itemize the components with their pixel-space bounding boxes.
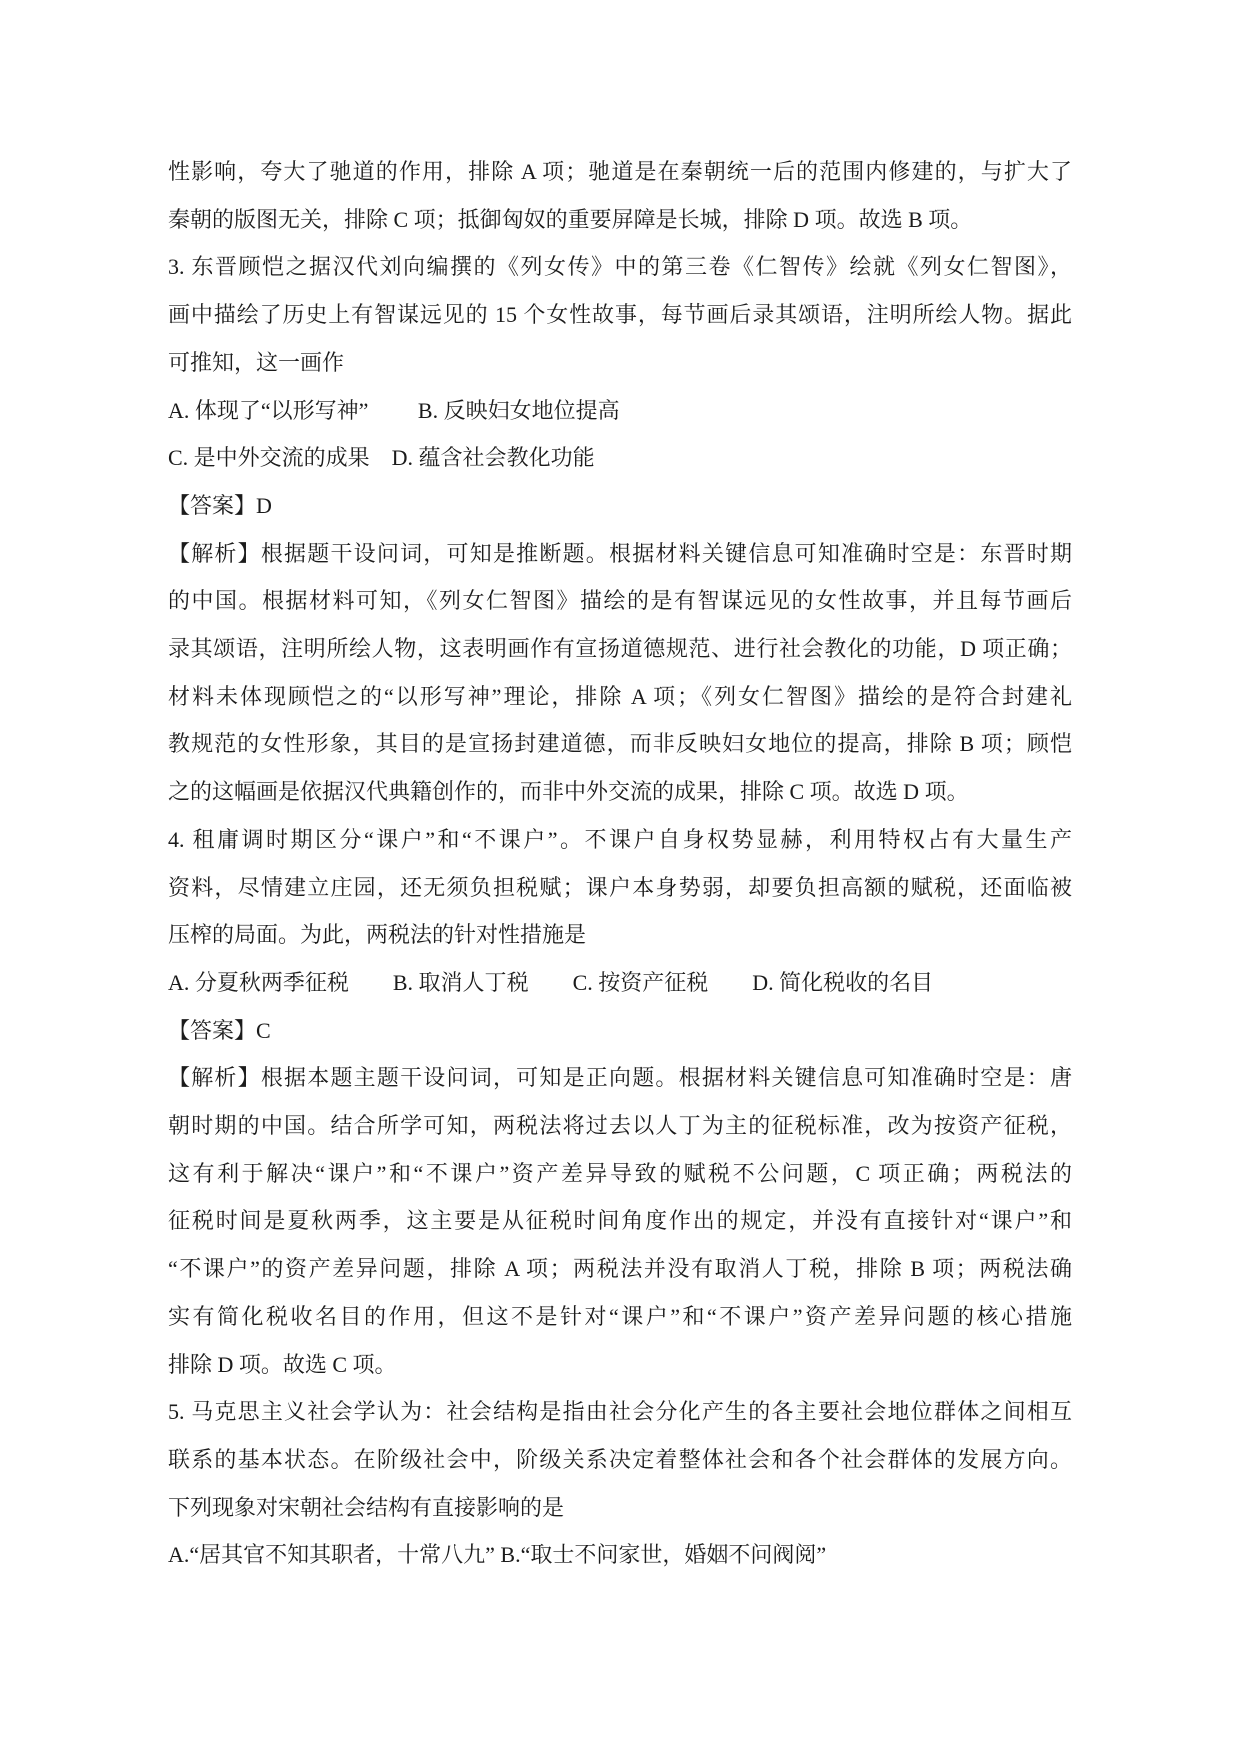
analysis-text-line: 教规范的女性形象，其目的是宣扬封建道德，而非反映妇女地位的提高，排除 B 项；顾…: [168, 720, 1072, 768]
analysis-text-line: 实有简化税收名目的作用，但这不是针对“课户”和“不课户”资产差异问题的核心措施: [168, 1293, 1072, 1341]
analysis-text-line: 朝时期的中国。结合所学可知，两税法将过去以人丁为主的征税标准，改为按资产征税，: [168, 1102, 1072, 1150]
analysis-text-line: 【解析】根据本题主题干设问词，可知是正向题。根据材料关键信息可知准确时空是：唐: [168, 1054, 1072, 1102]
analysis-text-line: 征税时间是夏秋两季，这主要是从征税时间角度作出的规定，并没有直接针对“课户”和: [168, 1197, 1072, 1245]
question-4-stem: 4. 租庸调时期区分“课户”和“不课户”。不课户自身权势显赫，利用特权占有大量生…: [168, 816, 1072, 959]
analysis-text-line: 性影响，夸大了驰道的作用，排除 A 项；驰道是在秦朝统一后的范围内修建的，与扩大…: [168, 148, 1072, 196]
analysis-text-line: 这有利于解决“课户”和“不课户”资产差异导致的赋税不公问题，C 项正确；两税法的: [168, 1150, 1072, 1198]
question-3-analysis: 【解析】根据题干设问词，可知是推断题。根据材料关键信息可知准确时空是：东晋时期的…: [168, 530, 1072, 816]
options-text-line: A.“居其官不知其职者，十常八九” B.“取士不问家世，婚姻不问阀阅”: [168, 1531, 1072, 1579]
question-text-line: 下列现象对宋朝社会结构有直接影响的是: [168, 1484, 1072, 1532]
question-text-line: 压榨的局面。为此，两税法的针对性措施是: [168, 911, 1072, 959]
analysis-text-line: 录其颂语，注明所绘人物，这表明画作有宣扬道德规范、进行社会教化的功能，D 项正确…: [168, 625, 1072, 673]
question-3-options: A. 体现了“以形写神” B. 反映妇女地位提高C. 是中外交流的成果 D. 蕴…: [168, 387, 1072, 482]
answer-text-line: 【答案】D: [168, 482, 1072, 530]
question-3-stem: 3. 东晋顾恺之据汉代刘向编撰的《列女传》中的第三卷《仁智传》绘就《列女仁智图》…: [168, 243, 1072, 386]
question-3-answer: 【答案】D: [168, 482, 1072, 530]
options-text-line: A. 体现了“以形写神” B. 反映妇女地位提高: [168, 387, 1072, 435]
question-5-stem: 5. 马克思主义社会学认为：社会结构是指由社会分化产生的各主要社会地位群体之间相…: [168, 1388, 1072, 1531]
question-text-line: 5. 马克思主义社会学认为：社会结构是指由社会分化产生的各主要社会地位群体之间相…: [168, 1388, 1072, 1436]
analysis-text-line: 的中国。根据材料可知，《列女仁智图》描绘的是有智谋远见的女性故事，并且每节画后: [168, 577, 1072, 625]
analysis-text-line: 之的这幅画是依据汉代典籍创作的，而非中外交流的成果，排除 C 项。故选 D 项。: [168, 768, 1072, 816]
question-4-options: A. 分夏秋两季征税 B. 取消人丁税 C. 按资产征税 D. 简化税收的名目: [168, 959, 1072, 1007]
analysis-text-line: “不课户”的资产差异问题，排除 A 项；两税法并没有取消人丁税，排除 B 项；两…: [168, 1245, 1072, 1293]
question-text-line: 联系的基本状态。在阶级社会中，阶级关系决定着整体社会和各个社会群体的发展方向。: [168, 1436, 1072, 1484]
analysis-text-line: 【解析】根据题干设问词，可知是推断题。根据材料关键信息可知准确时空是：东晋时期: [168, 530, 1072, 578]
analysis-q2-continuation: 性影响，夸大了驰道的作用，排除 A 项；驰道是在秦朝统一后的范围内修建的，与扩大…: [168, 148, 1072, 243]
question-text-line: 3. 东晋顾恺之据汉代刘向编撰的《列女传》中的第三卷《仁智传》绘就《列女仁智图》…: [168, 243, 1072, 291]
options-text-line: C. 是中外交流的成果 D. 蕴含社会教化功能: [168, 434, 1072, 482]
analysis-text-line: 排除 D 项。故选 C 项。: [168, 1341, 1072, 1389]
question-text-line: 可推知，这一画作: [168, 339, 1072, 387]
question-4-analysis: 【解析】根据本题主题干设问词，可知是正向题。根据材料关键信息可知准确时空是：唐朝…: [168, 1054, 1072, 1388]
analysis-text-line: 材料未体现顾恺之的“以形写神”理论，排除 A 项；《列女仁智图》描绘的是符合封建…: [168, 673, 1072, 721]
question-5-options: A.“居其官不知其职者，十常八九” B.“取士不问家世，婚姻不问阀阅”: [168, 1531, 1072, 1579]
answer-text-line: 【答案】C: [168, 1007, 1072, 1055]
question-text-line: 4. 租庸调时期区分“课户”和“不课户”。不课户自身权势显赫，利用特权占有大量生…: [168, 816, 1072, 864]
question-text-line: 资料，尽情建立庄园，还无须负担税赋；课户本身势弱，却要负担高额的赋税，还面临被: [168, 864, 1072, 912]
exam-document-page: 性影响，夸大了驰道的作用，排除 A 项；驰道是在秦朝统一后的范围内修建的，与扩大…: [168, 148, 1072, 1579]
analysis-text-line: 秦朝的版图无关，排除 C 项；抵御匈奴的重要屏障是长城，排除 D 项。故选 B …: [168, 196, 1072, 244]
question-4-answer: 【答案】C: [168, 1007, 1072, 1055]
question-text-line: 画中描绘了历史上有智谋远见的 15 个女性故事，每节画后录其颂语，注明所绘人物。…: [168, 291, 1072, 339]
options-text-line: A. 分夏秋两季征税 B. 取消人丁税 C. 按资产征税 D. 简化税收的名目: [168, 959, 1072, 1007]
